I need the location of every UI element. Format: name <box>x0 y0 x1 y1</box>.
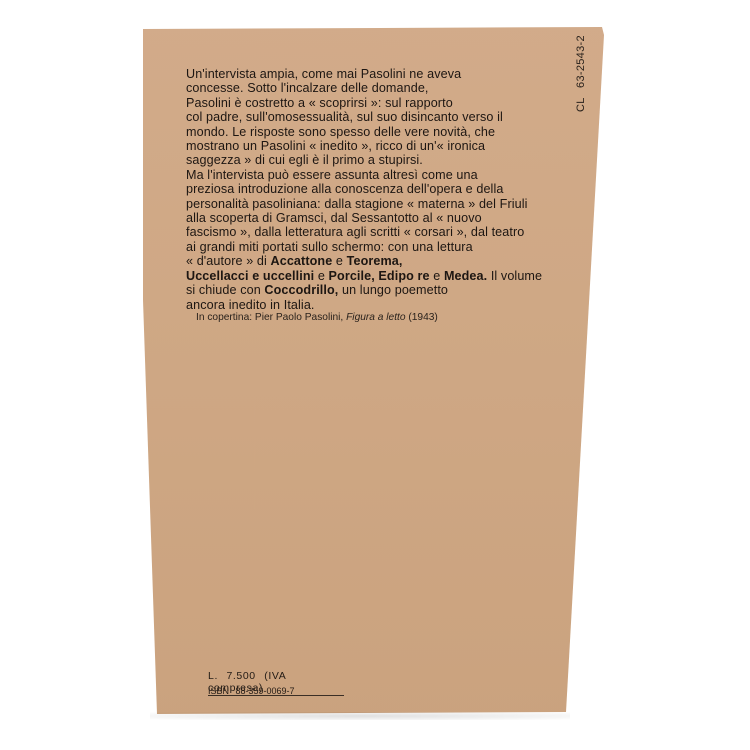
film-title: Medea. <box>444 269 487 283</box>
text-run: e <box>314 269 328 283</box>
blurb-line: col padre, sull'omosessualità, sul suo d… <box>186 110 566 124</box>
text-run: e <box>430 269 444 283</box>
blurb-line: mostrano un Pasolini « inedito », ricco … <box>186 139 566 153</box>
blurb-line: saggezza » di cui egli è il primo a stup… <box>186 153 566 167</box>
cover-credit: In copertina: Pier Paolo Pasolini, Figur… <box>196 312 438 323</box>
blurb-line: « d'autore » di Accattone e Teorema, <box>186 254 566 268</box>
blurb-line: concesse. Sotto l'incalzare delle domand… <box>186 81 566 95</box>
film-title: Teorema, <box>347 254 403 268</box>
text-run: si chiude con <box>186 283 264 297</box>
blurb-line: si chiude con Coccodrillo, un lungo poem… <box>186 283 566 297</box>
film-title: Uccellacci e uccellini <box>186 269 314 283</box>
blurb-line: ancora inedito in Italia. <box>186 298 566 312</box>
blurb-line: fascismo », dalla letteratura agli scrit… <box>186 225 566 239</box>
blurb-line: mondo. Le risposte sono spesso delle ver… <box>186 125 566 139</box>
blurb-line: personalità pasoliniana: dalla stagione … <box>186 197 566 211</box>
catalog-prefix: CL <box>575 97 587 112</box>
blurb-text: Un'intervista ampia, come mai Pasolini n… <box>186 67 566 312</box>
credit-prefix: In copertina: Pier Paolo Pasolini, <box>196 312 346 323</box>
blurb-line: Pasolini è costretto a « scoprirsi »: su… <box>186 96 566 110</box>
blurb-line: preziosa introduzione alla conoscenza de… <box>186 182 566 196</box>
blurb-line: Un'intervista ampia, come mai Pasolini n… <box>186 67 566 81</box>
artwork-year: (1943) <box>406 312 438 323</box>
catalog-number: 63-2543-2 <box>575 35 587 88</box>
blurb-line: ai grandi miti portati sullo schermo: co… <box>186 240 566 254</box>
blurb-line: Uccellacci e uccellini e Porcile, Edipo … <box>186 269 566 283</box>
catalog-code: CL 63-2543-2 <box>575 29 587 112</box>
isbn-label: ISBN 88-359-0069-7 <box>208 686 295 696</box>
text-run: un lungo poemetto <box>338 283 448 297</box>
text-run: Il volume <box>487 269 542 283</box>
blurb-line: Ma l'intervista può essere assunta altre… <box>186 168 566 182</box>
book-back-cover: CL 63-2543-2 Un'intervista ampia, come m… <box>0 0 750 750</box>
artwork-title: Figura a letto <box>346 312 405 323</box>
text-run: « d'autore » di <box>186 254 271 268</box>
poem-title: Coccodrillo, <box>264 283 338 297</box>
book-shadow <box>150 712 570 720</box>
film-title: Porcile, Edipo re <box>329 269 430 283</box>
text-run: e <box>332 254 346 268</box>
film-title: Accattone <box>271 254 333 268</box>
blurb-line: alla scoperta di Gramsci, dal Sessantott… <box>186 211 566 225</box>
